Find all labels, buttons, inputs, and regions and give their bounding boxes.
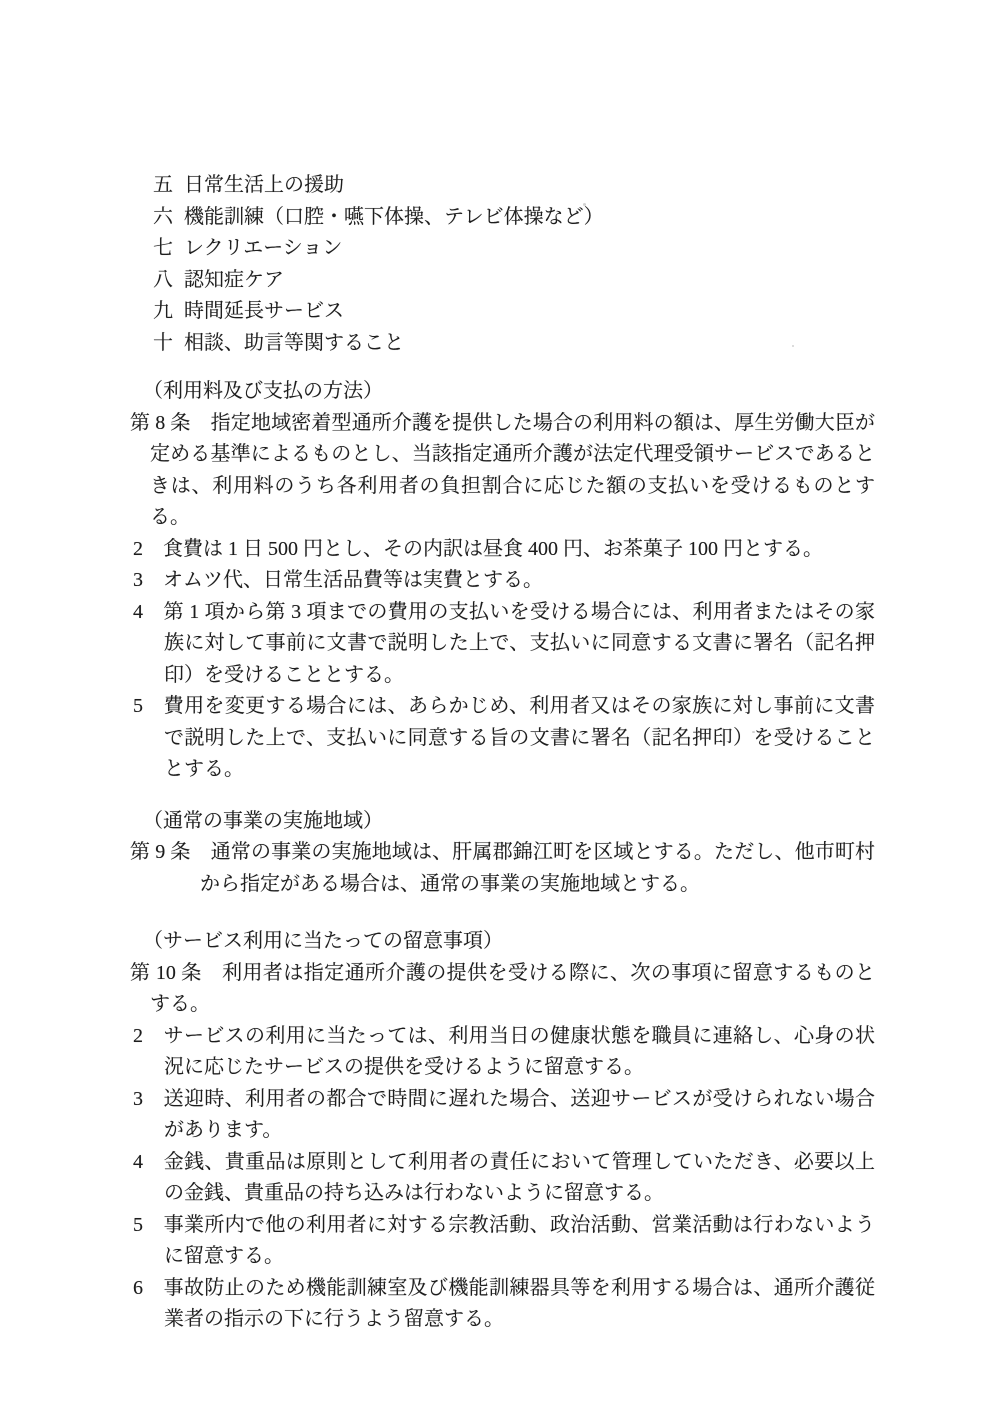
list-item-text: 相談、助言等関すること <box>184 328 875 360</box>
document-content: 五 日常生活上の援助 六 機能訓練（口腔・嚥下体操、テレビ体操など） 七 レクリ… <box>130 170 875 1336</box>
list-item-text: 認知症ケア <box>184 265 875 297</box>
list-item-number: 五 <box>153 170 184 202</box>
article-8: 第 8 条 指定地域密着型通所介護を提供した場合の利用料の額は、厚生労働大臣が定… <box>130 408 875 534</box>
section-heading-usage-notes: （サービス利用に当たっての留意事項） <box>143 926 875 958</box>
list-item-text: 機能訓練（口腔・嚥下体操、テレビ体操など） <box>184 202 875 234</box>
list-item-number: 八 <box>153 265 184 297</box>
article-8-item-2: 2 食費は 1 日 500 円とし、その内訳は昼食 400 円、お茶菓子 100… <box>133 534 875 566</box>
article-10-item-3: 3 送迎時、利用者の都合で時間に遅れた場合、送迎サービスが受けられない場合があり… <box>133 1084 875 1147</box>
article-8-item-4: 4 第 1 項から第 3 項までの費用の支払いを受ける場合には、利用者またはその… <box>133 597 875 692</box>
service-list: 五 日常生活上の援助 六 機能訓練（口腔・嚥下体操、テレビ体操など） 七 レクリ… <box>153 170 875 359</box>
list-item-number: 十 <box>153 328 184 360</box>
list-item-number: 六 <box>153 202 184 234</box>
list-item-number: 七 <box>153 233 184 265</box>
list-item-number: 九 <box>153 296 184 328</box>
list-item: 六 機能訓練（口腔・嚥下体操、テレビ体操など） <box>153 202 875 234</box>
section-heading-fees: （利用料及び支払の方法） <box>143 376 875 408</box>
list-item: 十 相談、助言等関すること <box>153 328 875 360</box>
article-10-item-6: 6 事故防止のため機能訓練室及び機能訓練器具等を利用する場合は、通所介護従業者の… <box>133 1273 875 1336</box>
scan-speck <box>583 203 586 206</box>
list-item: 八 認知症ケア <box>153 265 875 297</box>
list-item: 九 時間延長サービス <box>153 296 875 328</box>
list-item-text: 時間延長サービス <box>184 296 875 328</box>
article-10-item-2: 2 サービスの利用に当たっては、利用当日の健康状態を職員に連絡し、心身の状況に応… <box>133 1021 875 1084</box>
list-item: 七 レクリエーション <box>153 233 875 265</box>
section-usage-notes: （サービス利用に当たっての留意事項） 第 10 条 利用者は指定通所介護の提供を… <box>130 926 875 1336</box>
article-10-item-4: 4 金銭、貴重品は原則として利用者の責任において管理していただき、必要以上の金銭… <box>133 1147 875 1210</box>
list-item-text: 日常生活上の援助 <box>184 170 875 202</box>
scanned-document-page: 五 日常生活上の援助 六 機能訓練（口腔・嚥下体操、テレビ体操など） 七 レクリ… <box>0 0 1000 1414</box>
list-item-text: レクリエーション <box>184 233 875 265</box>
list-item: 五 日常生活上の援助 <box>153 170 875 202</box>
article-10: 第 10 条 利用者は指定通所介護の提供を受ける際に、次の事項に留意するものとす… <box>130 958 875 1021</box>
article-9: 第 9 条 通常の事業の実施地域は、肝属郡錦江町を区域とする。ただし、他市町村か… <box>130 837 875 900</box>
article-8-item-5: 5 費用を変更する場合には、あらかじめ、利用者又はその家族に対し事前に文書で説明… <box>133 691 875 786</box>
section-heading-service-area: （通常の事業の実施地域） <box>143 806 875 838</box>
article-10-item-5: 5 事業所内で他の利用者に対する宗教活動、政治活動、営業活動は行わないように留意… <box>133 1210 875 1273</box>
section-service-area: （通常の事業の実施地域） 第 9 条 通常の事業の実施地域は、肝属郡錦江町を区域… <box>130 806 875 901</box>
article-8-item-3: 3 オムツ代、日常生活品費等は実費とする。 <box>133 565 875 597</box>
scan-speck <box>792 345 794 347</box>
section-fees-and-payment: （利用料及び支払の方法） 第 8 条 指定地域密着型通所介護を提供した場合の利用… <box>130 376 875 786</box>
scan-speck <box>752 731 755 733</box>
